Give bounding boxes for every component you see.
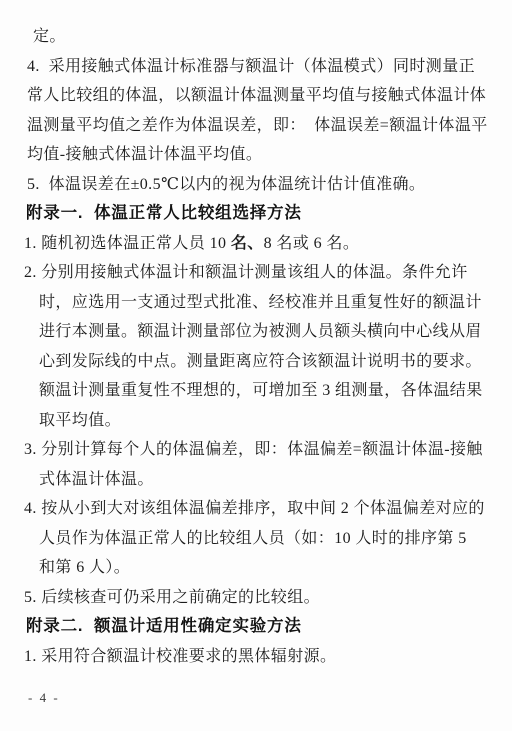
text-line: 5. 后续核查可仍采用之前确定的比较组。 — [0, 583, 512, 613]
document-page: 定。4. 采用接触式体温计标准器与额温计（体温模式）同时测量正常人比较组的体温，… — [0, 0, 512, 731]
text-line: 式体温计体温。 — [0, 465, 512, 495]
line-text: 1. 采用符合额温计校准要求的黑体辐射源。 — [24, 648, 336, 665]
emphasized-text: 名、 — [231, 235, 264, 252]
line-text: 和第 6 人）。 — [39, 559, 130, 576]
text-line: 温测量平均值之差作为体温误差，即： 体温误差=额温计体温平 — [0, 111, 512, 141]
line-text: 附录一. 体温正常人比较组选择方法 — [26, 204, 302, 222]
text-line: 4. 按从小到大对该组体温偏差排序，取中间 2 个体温偏差对应的 — [0, 494, 512, 524]
text-line: 时，应选用一支通过型式批准、经校准并且重复性好的额温计 — [0, 288, 512, 318]
line-text: 定。 — [33, 28, 66, 45]
text-line: 常人比较组的体温，以额温计体温测量平均值与接触式体温计体 — [0, 81, 512, 111]
section-heading: 附录一. 体温正常人比较组选择方法 — [0, 199, 512, 229]
text-line: 定。 — [0, 22, 512, 52]
text-line: 人员作为体温正常人的比较组人员（如：10 人时的排序第 5 — [0, 524, 512, 554]
line-text: 温测量平均值之差作为体温误差，即： 体温误差=额温计体温平 — [27, 117, 488, 134]
text-line: 额温计测量重复性不理想的，可增加至 3 组测量，各体温结果 — [0, 376, 512, 406]
line-text: 时，应选用一支通过型式批准、经校准并且重复性好的额温计 — [39, 294, 482, 311]
line-text: 2. 分别用接触式体温计和额温计测量该组人的体温。条件允许 — [24, 264, 468, 281]
line-text: 5. 体温误差在±0.5℃以内的视为体温统计估计值准确。 — [27, 176, 425, 193]
line-text: 8 名或 6 名。 — [264, 235, 360, 252]
text-line: 心到发际线的中点。测量距离应符合该额温计说明书的要求。 — [0, 347, 512, 377]
line-text: 均值-接触式体温计体温平均值。 — [27, 146, 262, 163]
line-text: 附录二. 额温计适用性确定实验方法 — [26, 617, 302, 635]
text-line: 3. 分别计算每个人的体温偏差，即：体温偏差=额温计体温-接触 — [0, 435, 512, 465]
line-text: 心到发际线的中点。测量距离应符合该额温计说明书的要求。 — [39, 353, 482, 370]
line-text: 3. 分别计算每个人的体温偏差，即：体温偏差=额温计体温-接触 — [24, 441, 483, 458]
line-text: 4. 按从小到大对该组体温偏差排序，取中间 2 个体温偏差对应的 — [24, 500, 485, 517]
page-number: - 4 - — [28, 688, 60, 708]
line-text: 人员作为体温正常人的比较组人员（如：10 人时的排序第 5 — [39, 530, 467, 547]
text-line: 1. 随机初选体温正常人员 10 名、8 名或 6 名。 — [0, 229, 512, 259]
line-text: 4. 采用接触式体温计标准器与额温计（体温模式）同时测量正 — [27, 58, 475, 75]
line-text: 常人比较组的体温，以额温计体温测量平均值与接触式体温计体 — [27, 87, 486, 104]
line-text: 式体温计体温。 — [39, 471, 154, 488]
section-heading: 附录二. 额温计适用性确定实验方法 — [0, 612, 512, 642]
text-line: 取平均值。 — [0, 406, 512, 436]
line-text: 取平均值。 — [39, 412, 121, 429]
text-line: 和第 6 人）。 — [0, 553, 512, 583]
text-line: 5. 体温误差在±0.5℃以内的视为体温统计估计值准确。 — [0, 170, 512, 200]
text-line: 2. 分别用接触式体温计和额温计测量该组人的体温。条件允许 — [0, 258, 512, 288]
document-body: 定。4. 采用接触式体温计标准器与额温计（体温模式）同时测量正常人比较组的体温，… — [0, 22, 512, 671]
line-text: 进行本测量。额温计测量部位为被测人员额头横向中心线从眉 — [39, 323, 482, 340]
text-line: 进行本测量。额温计测量部位为被测人员额头横向中心线从眉 — [0, 317, 512, 347]
line-text: 额温计测量重复性不理想的，可增加至 3 组测量，各体温结果 — [39, 382, 483, 399]
line-text: 5. 后续核查可仍采用之前确定的比较组。 — [24, 589, 320, 606]
text-line: 4. 采用接触式体温计标准器与额温计（体温模式）同时测量正 — [0, 52, 512, 82]
text-line: 1. 采用符合额温计校准要求的黑体辐射源。 — [0, 642, 512, 672]
text-line: 均值-接触式体温计体温平均值。 — [0, 140, 512, 170]
line-text: 1. 随机初选体温正常人员 10 — [24, 235, 231, 252]
